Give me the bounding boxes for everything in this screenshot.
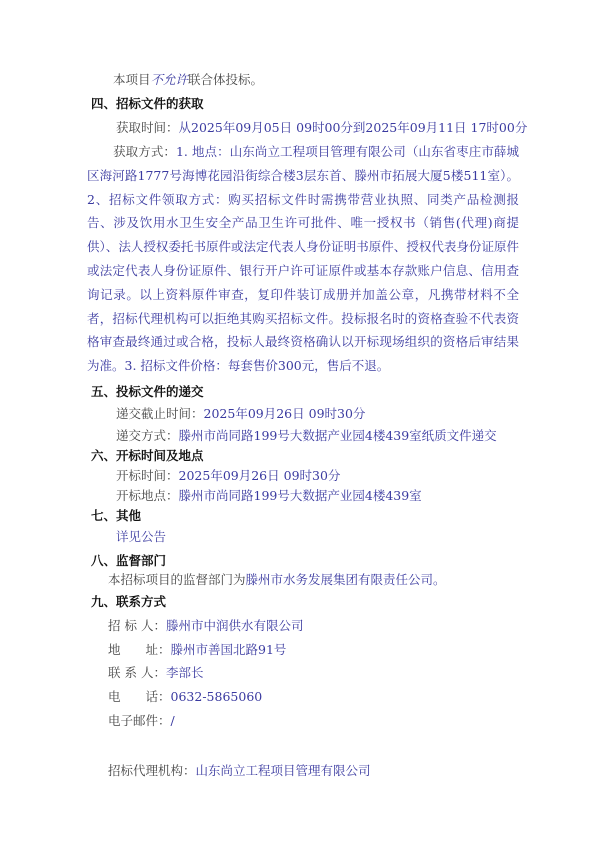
contact-phone: 电 话：0632-5865060 (108, 689, 262, 705)
section-5-title: 五、投标文件的递交 (91, 384, 204, 400)
acquisition-time: 获取时间：从2025年09月05日 09时00分到2025年09月11日 17时… (116, 120, 527, 136)
section-9-title: 九、联系方式 (91, 594, 166, 610)
contact-email-label: 电子邮件： (108, 713, 171, 728)
section-4-title: 四、招标文件的获取 (91, 96, 204, 112)
opening-place-label: 开标地点： (116, 488, 179, 503)
contact-phone-value: 0632-5865060 (171, 689, 263, 704)
acquisition-time-value: 从2025年09月05日 09时00分到2025年09月11日 17时00分 (179, 120, 528, 135)
submission-deadline-value: 2025年09月26日 09时30分 (204, 406, 366, 421)
supervision-department: 滕州市水务发展集团有限责任公司 (246, 572, 434, 587)
consortium-notice: 本项目不允许联合体投标。 (113, 72, 263, 88)
opening-place: 开标地点：滕州市尚同路199号大数据产业园4楼439室 (116, 488, 422, 504)
section-8-title: 八、监督部门 (91, 553, 166, 569)
other-content: 详见公告 (116, 529, 166, 545)
supervision-prefix: 本招标项目的监督部门为 (108, 572, 246, 587)
submission-method: 递交方式：滕州市尚同路199号大数据产业园4楼439室纸质文件递交 (116, 428, 497, 444)
contact-person-value: 李部长 (166, 665, 204, 680)
opening-time-value: 2025年09月26日 09时30分 (179, 468, 341, 483)
bidding-agency-label: 招标代理机构： (108, 763, 196, 778)
submission-method-label: 递交方式： (116, 428, 179, 443)
contact-address-value: 滕州市善国北路91号 (171, 642, 287, 657)
contact-email-value: / (171, 713, 175, 728)
acquisition-method: 获取方式：1. 地点：山东尚立工程项目管理有限公司（山东省枣庄市薛城区海河路17… (87, 140, 519, 378)
supervision-statement: 本招标项目的监督部门为滕州市水务发展集团有限责任公司。 (108, 572, 446, 588)
intro-prefix: 本项目 (113, 72, 151, 87)
supervision-suffix: 。 (433, 572, 446, 587)
section-6-title: 六、开标时间及地点 (91, 448, 204, 464)
section-7-title: 七、其他 (91, 508, 141, 524)
contact-phone-label: 电 话： (108, 689, 171, 704)
contact-address-label: 地 址： (108, 642, 171, 657)
contact-person-label: 联 系 人： (108, 665, 166, 680)
contact-tenderer-value: 滕州市中润供水有限公司 (166, 618, 304, 633)
contact-email: 电子邮件：/ (108, 713, 175, 729)
acquisition-method-value: 1. 地点：山东尚立工程项目管理有限公司（山东省枣庄市薛城区海河路1777号海博… (87, 144, 519, 373)
contact-address: 地 址：滕州市善国北路91号 (108, 642, 286, 658)
opening-time: 开标时间：2025年09月26日 09时30分 (116, 468, 340, 484)
submission-deadline: 递交截止时间：2025年09月26日 09时30分 (116, 406, 365, 422)
submission-deadline-label: 递交截止时间： (116, 406, 204, 421)
submission-method-value: 滕州市尚同路199号大数据产业园4楼439室纸质文件递交 (179, 428, 497, 443)
opening-place-value: 滕州市尚同路199号大数据产业园4楼439室 (179, 488, 422, 503)
contact-tenderer: 招 标 人：滕州市中润供水有限公司 (108, 618, 303, 634)
intro-highlight: 不允许 (151, 72, 189, 87)
acquisition-time-label: 获取时间： (116, 120, 179, 135)
acquisition-method-label: 获取方式： (113, 144, 176, 159)
bidding-agency: 招标代理机构：山东尚立工程项目管理有限公司 (108, 763, 371, 779)
bidding-agency-value: 山东尚立工程项目管理有限公司 (196, 763, 371, 778)
document-page: 本项目不允许联合体投标。 四、招标文件的获取 获取时间：从2025年09月05日… (0, 0, 600, 853)
contact-tenderer-label: 招 标 人： (108, 618, 166, 633)
intro-suffix: 联合体投标。 (188, 72, 263, 87)
opening-time-label: 开标时间： (116, 468, 179, 483)
contact-person: 联 系 人：李部长 (108, 665, 203, 681)
